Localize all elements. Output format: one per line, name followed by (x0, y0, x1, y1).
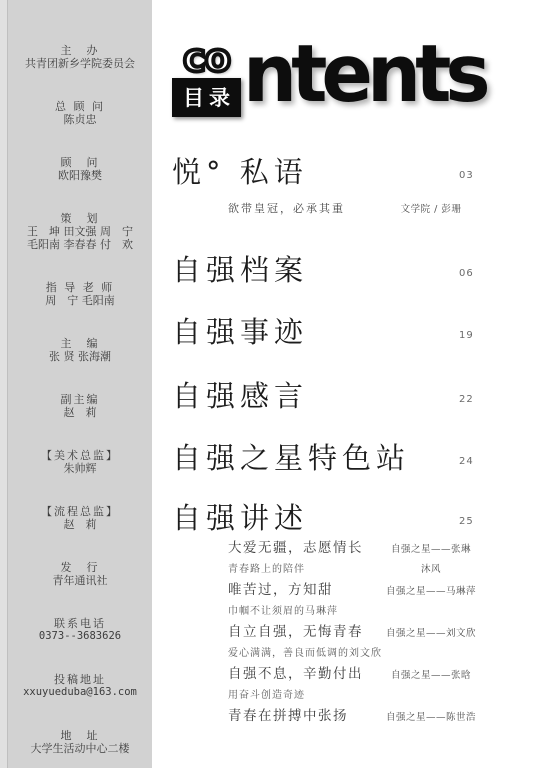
article-row: 用奋斗创造奇迹 (172, 686, 505, 704)
masthead-names: 陈贞忠 (55, 113, 105, 126)
toc-entry-ziqiang-shiji: 自强事迹 19 (172, 308, 505, 352)
masthead-names: 青年通讯社 (53, 574, 108, 587)
article-row: 唯苦过，方知甜 自强之星——马琳萍 (172, 578, 505, 602)
masthead-role-label: 主 编 (49, 337, 111, 350)
toc-entry-ziqiang-ganyan: 自强感言 22 (172, 372, 505, 416)
toc-entry-ziqiang-jiangshu: 自强讲述 25 (172, 494, 505, 538)
toc-entry-page: 24 (459, 446, 505, 467)
masthead-names: 大学生活动中心二楼 (31, 742, 130, 755)
article-list: 大爱无疆，志愿情长 自强之星——张琳 青春路上的陪伴 沐风 唯苦过，方知甜 自强… (172, 536, 505, 728)
article-author: 自强之星——马琳萍 (383, 583, 479, 597)
article-title: 自立自强，无悔青春 (172, 620, 383, 640)
toc-subentry: 欲带皇冠，必承其重 文学院 / 彭珊 (172, 200, 505, 218)
contents-logo-left: co 目录 (172, 42, 241, 117)
article-row: 大爱无疆，志愿情长 自强之星——张琳 (172, 536, 505, 560)
masthead-role-label: 【流程总监】 (41, 505, 119, 518)
toc-entry-page: 19 (459, 320, 505, 341)
masthead-group-supervising-teachers: 指 导 老 师 周 宁 毛阳南 (45, 281, 115, 307)
masthead-group-advisor: 顾 问 欧阳豫樊 (58, 156, 102, 182)
masthead-role-label: 联系电话 (39, 617, 121, 630)
article-row: 巾帼不让须眉的马琳萍 (172, 602, 505, 620)
toc-entry-page: 25 (459, 506, 505, 527)
toc-entry-ziqiang-dangan: 自强档案 06 (172, 246, 505, 290)
masthead-group-process-director: 【流程总监】 赵 莉 (41, 505, 119, 531)
masthead-names: 共青团新乡学院委员会 (25, 57, 135, 70)
toc-entry-title: 自强讲述 (172, 496, 459, 537)
toc-entry-title: 自强档案 (172, 248, 459, 289)
magazine-toc-page: 主 办 共青团新乡学院委员会 总 顾 问 陈贞忠 顾 问 欧阳豫樊 策 划 王 … (0, 0, 551, 768)
article-row: 爱心满满，善良而低调的刘文欣 (172, 644, 505, 662)
toc-entry-yue-siyu: 悦° 私语 03 (172, 148, 505, 192)
article-row: 青春路上的陪伴 沐风 (172, 560, 505, 578)
logo-ntents-text: ntents (243, 36, 485, 112)
masthead-role-label: 顾 问 (58, 156, 102, 169)
toc-content: co 目录 ntents 悦° 私语 03 欲带皇冠，必承其重 文学院 / 彭珊… (172, 0, 505, 768)
masthead-group-publisher: 发 行 青年通讯社 (53, 561, 108, 587)
masthead-group-chief-advisor: 总 顾 问 陈贞忠 (55, 100, 105, 126)
masthead-role-label: 总 顾 问 (55, 100, 105, 113)
article-row: 自强不息，辛勤付出 自强之星——张晗 (172, 662, 505, 686)
toc-subentry-title: 欲带皇冠，必承其重 (172, 200, 383, 216)
article-title: 青春在拼搏中张扬 (172, 704, 383, 724)
masthead-names: 王 坤 田文强 周 宁 (27, 225, 133, 238)
masthead-role-label: 发 行 (53, 561, 108, 574)
masthead-group-art-director: 【美术总监】 朱帅辉 (41, 449, 119, 475)
masthead-role-label: 【美术总监】 (41, 449, 119, 462)
masthead-group-phone: 联系电话 0373--3683626 (39, 617, 121, 643)
masthead-role-label: 投稿地址 (23, 673, 137, 686)
contents-logo: co 目录 ntents (172, 36, 485, 117)
toc-entry-page: 03 (459, 160, 505, 181)
article-title: 爱心满满，善良而低调的刘文欣 (172, 644, 383, 659)
logo-co-text: co (183, 42, 230, 74)
masthead-role-label: 地 址 (31, 729, 130, 742)
article-title: 大爱无疆，志愿情长 (172, 536, 383, 556)
masthead-group-chief-editor: 主 编 张 贤 张海潮 (49, 337, 111, 363)
masthead-group-deputy-editor: 副主编 赵 莉 (61, 393, 100, 419)
masthead-names: 赵 莉 (41, 518, 119, 531)
article-row: 自立自强，无悔青春 自强之星——刘文欣 (172, 620, 505, 644)
article-title: 唯苦过，方知甜 (172, 578, 383, 598)
masthead-names: 赵 莉 (61, 406, 100, 419)
masthead-phone-number: 0373--3683626 (39, 630, 121, 643)
masthead-role-label: 策 划 (27, 212, 133, 225)
masthead-names: 张 贤 张海潮 (49, 350, 111, 363)
article-author: 自强之星——张晗 (383, 667, 479, 681)
masthead-group-organizer: 主 办 共青团新乡学院委员会 (25, 44, 135, 70)
article-author: 自强之星——刘文欣 (383, 625, 479, 639)
article-title: 用奋斗创造奇迹 (172, 686, 383, 701)
masthead-list: 主 办 共青团新乡学院委员会 总 顾 问 陈贞忠 顾 问 欧阳豫樊 策 划 王 … (8, 0, 152, 768)
article-author: 自强之星——陈世浩 (383, 709, 479, 723)
article-row: 青春在拼搏中张扬 自强之星——陈世浩 (172, 704, 505, 728)
toc-entry-tesezhan: 自强之星特色站 24 (172, 434, 505, 478)
logo-mulu-badge: 目录 (172, 78, 241, 117)
masthead-names: 周 宁 毛阳南 (45, 294, 115, 307)
article-title: 青春路上的陪伴 (172, 560, 383, 575)
toc-entry-title: 自强之星特色站 (172, 436, 459, 477)
toc-entry-page: 06 (459, 258, 505, 279)
masthead-group-submission-email: 投稿地址 xxuyueduba@163.com (23, 673, 137, 699)
masthead-role-label: 指 导 老 师 (45, 281, 115, 294)
article-author: 自强之星——张琳 (383, 541, 479, 555)
toc-entry-title: 悦° 私语 (172, 150, 459, 191)
article-title: 巾帼不让须眉的马琳萍 (172, 602, 383, 617)
masthead-names: 欧阳豫樊 (58, 169, 102, 182)
page-binding-edge (0, 0, 8, 768)
masthead-sidebar: 主 办 共青团新乡学院委员会 总 顾 问 陈贞忠 顾 问 欧阳豫樊 策 划 王 … (0, 0, 152, 768)
masthead-names: 朱帅辉 (41, 462, 119, 475)
masthead-group-planning: 策 划 王 坤 田文强 周 宁 毛阳南 李春春 付 欢 (27, 212, 133, 251)
article-author: 沐风 (383, 561, 479, 575)
toc-subentry-author: 文学院 / 彭珊 (383, 201, 479, 215)
article-title: 自强不息，辛勤付出 (172, 662, 383, 682)
toc-entry-title: 自强感言 (172, 374, 459, 415)
toc-entry-title: 自强事迹 (172, 310, 459, 351)
masthead-role-label: 主 办 (25, 44, 135, 57)
toc-entry-page: 22 (459, 384, 505, 405)
masthead-names: 毛阳南 李春春 付 欢 (27, 238, 133, 251)
masthead-role-label: 副主编 (61, 393, 100, 406)
masthead-email: xxuyueduba@163.com (23, 686, 137, 699)
masthead-group-address: 地 址 大学生活动中心二楼 (31, 729, 130, 755)
